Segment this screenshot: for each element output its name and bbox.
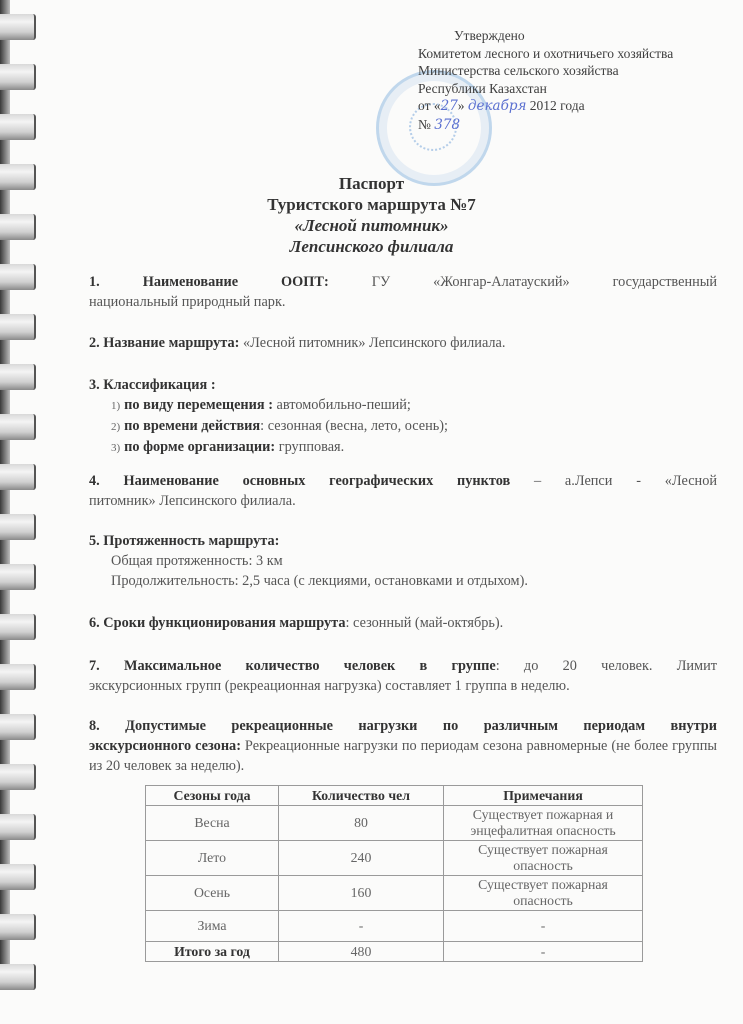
header-count: Количество чел (279, 786, 444, 806)
title-line-2: Туристского маршрута №7 (0, 194, 743, 215)
title-line-1: Паспорт (0, 173, 743, 194)
approval-line-1: Комитетом лесного и охотничьего хозяйств… (418, 45, 718, 63)
section-8: 8. Допустимые рекреационные нагрузки по … (89, 716, 717, 776)
title-line-3: «Лесной питомник» (0, 215, 743, 236)
section-5: 5. Протяженность маршрута: Общая протяже… (89, 531, 717, 591)
table-header: Сезоны года Количество чел Примечания (146, 786, 643, 806)
title-line-4: Лепсинского филиала (0, 236, 743, 257)
handwritten-day: 27 (441, 98, 458, 114)
classification-item: 2)по времени действия: сезонная (весна, … (89, 416, 717, 437)
table-row: Весна 80 Существует пожарная иэнцефалитн… (146, 806, 643, 841)
table-row: Осень 160 Существует пожарнаяопасность (146, 876, 643, 911)
document-title: Паспорт Туристского маршрута №7 «Лесной … (0, 173, 743, 257)
section-6: 6. Сроки функционирования маршрута: сезо… (89, 613, 717, 633)
recreational-load-table: Сезоны года Количество чел Примечания Ве… (145, 785, 643, 962)
approval-line-2: Министерства сельского хозяйства (418, 62, 718, 80)
section-1: 1. Наименование ООПТ: ГУ «Жонгар-Алатаус… (89, 272, 717, 312)
approval-date: от «27» декабря 2012 года (418, 97, 718, 116)
classification-item: 1)по виду перемещения : автомобильно-пеш… (89, 395, 717, 416)
approval-block: Утверждено Комитетом лесного и охотничье… (418, 27, 718, 134)
section-3: 3. Классификация : 1)по виду перемещения… (89, 375, 717, 458)
handwritten-month: декабря (468, 98, 526, 114)
classification-item: 3)по форме организации: групповая. (89, 437, 717, 458)
section-4: 4. Наименование основных географических … (89, 471, 717, 511)
table-row: Зима - - (146, 911, 643, 942)
table-total-row: Итого за год 480 - (146, 942, 643, 962)
approval-line-3: Республики Казахстан (418, 80, 718, 98)
spiral-binding (0, 0, 36, 1024)
header-season: Сезоны года (146, 786, 279, 806)
section-7: 7. Максимальное количество человек в гру… (89, 656, 717, 696)
header-notes: Примечания (444, 786, 643, 806)
approval-title: Утверждено (418, 27, 718, 45)
approval-number: № 378 (418, 116, 718, 135)
table-row: Лето 240 Существует пожарнаяопасность (146, 841, 643, 876)
handwritten-number: 378 (434, 117, 460, 133)
section-2: 2. Название маршрута: «Лесной питомник» … (89, 333, 717, 353)
